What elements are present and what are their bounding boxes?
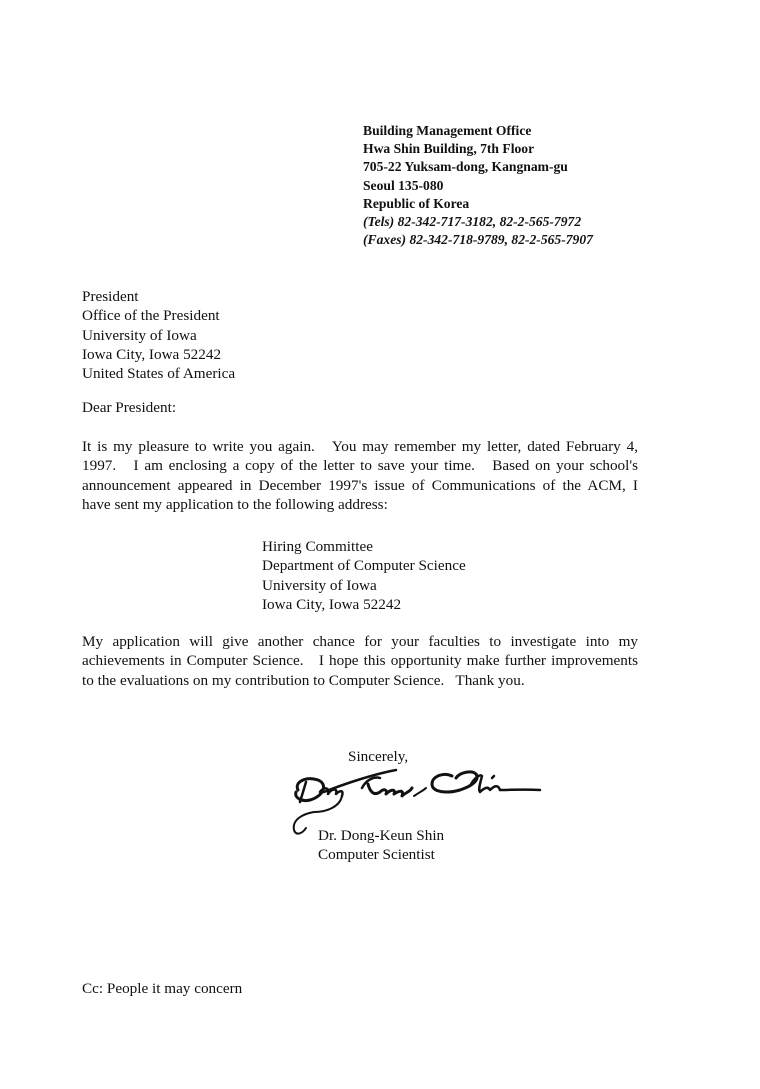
paragraph-line: achievements in Computer Science. I hope… (82, 651, 638, 670)
sender-faxes: (Faxes) 82-342-718-9789, 82-2-565-7907 (363, 231, 593, 249)
signer-name: Dr. Dong-Keun Shin (318, 826, 444, 845)
carbon-copy-line: Cc: People it may concern (82, 979, 242, 998)
sender-line: Hwa Shin Building, 7th Floor (363, 140, 593, 158)
sender-tels: (Tels) 82-342-717-3182, 82-2-565-7972 (363, 213, 593, 231)
sender-line: Seoul 135-080 (363, 177, 593, 195)
faxes-numbers: 82-342-718-9789, 82-2-565-7907 (409, 232, 593, 247)
sender-line: 705-22 Yuksam-dong, Kangnam-gu (363, 158, 593, 176)
sender-address-block: Building Management Office Hwa Shin Buil… (363, 122, 593, 249)
recipient-line: Office of the President (82, 306, 235, 325)
signer-block: Dr. Dong-Keun Shin Computer Scientist (318, 826, 444, 865)
body-paragraph-1: It is my pleasure to write you again. Yo… (82, 437, 638, 514)
tels-label: (Tels) (363, 214, 394, 229)
paragraph-line: My application will give another chance … (82, 632, 638, 651)
paragraph-line: 1997. I am enclosing a copy of the lette… (82, 456, 638, 475)
signer-title: Computer Scientist (318, 845, 444, 864)
paragraph-line: announcement appeared in December 1997's… (82, 476, 638, 495)
body-paragraph-2: My application will give another chance … (82, 632, 638, 690)
recipient-line: President (82, 287, 235, 306)
recipient-line: Iowa City, Iowa 52242 (82, 345, 235, 364)
address-line: University of Iowa (262, 576, 466, 595)
forwarding-address-block: Hiring Committee Department of Computer … (262, 537, 466, 614)
tels-numbers: 82-342-717-3182, 82-2-565-7972 (398, 214, 582, 229)
paragraph-line: It is my pleasure to write you again. Yo… (82, 437, 638, 456)
address-line: Hiring Committee (262, 537, 466, 556)
faxes-label: (Faxes) (363, 232, 406, 247)
sender-line: Building Management Office (363, 122, 593, 140)
recipient-line: United States of America (82, 364, 235, 383)
address-line: Department of Computer Science (262, 556, 466, 575)
recipient-line: University of Iowa (82, 326, 235, 345)
paragraph-line: have sent my application to the followin… (82, 495, 638, 514)
salutation: Dear President: (82, 398, 176, 417)
recipient-address-block: President Office of the President Univer… (82, 287, 235, 383)
paragraph-line: to the evaluations on my contribution to… (82, 671, 638, 690)
sender-line: Republic of Korea (363, 195, 593, 213)
address-line: Iowa City, Iowa 52242 (262, 595, 466, 614)
